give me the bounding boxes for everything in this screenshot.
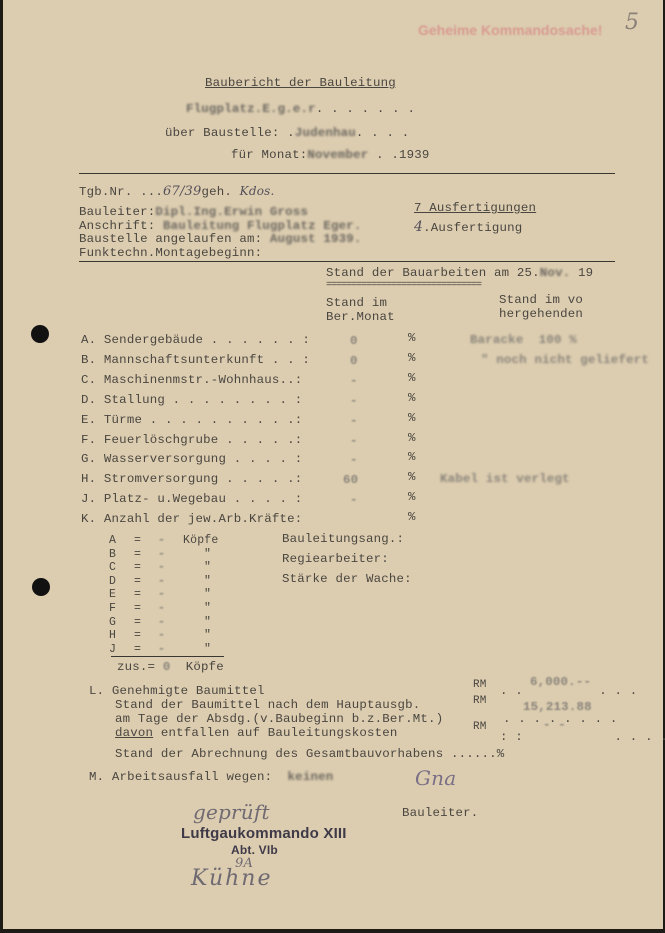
budget-approved-label: L. Genehmigte Baumittel: [89, 684, 265, 698]
project-name: Flugplatz.E.g.e.r: [186, 102, 316, 116]
status-row-label: F. Feuerlöschgrube . . . . .:: [81, 433, 302, 447]
site-line: über Baustelle: .Judenhau. . . .: [165, 126, 409, 140]
status-row-value: 60: [343, 473, 358, 487]
status-row-unit: %: [408, 510, 416, 524]
side-wache: Stärke der Wache:: [282, 572, 412, 586]
side-regiearbeiter: Regiearbeiter:: [282, 552, 389, 566]
worker-row-value: -: [158, 588, 165, 601]
divider-middle: [79, 261, 615, 262]
status-heading-month: Nov.: [540, 266, 571, 280]
budget-line-4: davon entfallen auf Bauleitungskosten: [115, 726, 398, 740]
document-title: Baubericht der Bauleitung: [205, 76, 396, 90]
worker-row-equals: =: [134, 588, 141, 601]
worker-row-equals: =: [134, 602, 141, 615]
status-row-unit: %: [408, 331, 416, 345]
worker-row-value: -: [158, 548, 165, 561]
worker-row-equals: =: [134, 629, 141, 642]
worker-row-letter: D: [109, 575, 116, 588]
worker-row-unit: ": [204, 548, 211, 561]
bauleiter-label: Bauleiter:: [79, 205, 155, 219]
tgb-hand: Kdos.: [240, 184, 275, 198]
worker-row-equals: =: [134, 561, 141, 574]
site-value: Judenhau: [295, 126, 356, 140]
workers-total: zus.= 0 Köpfe: [117, 660, 224, 674]
status-row-value: 0: [350, 334, 358, 348]
status-row-value: -: [350, 493, 358, 507]
worker-row-letter: J: [109, 643, 116, 656]
status-row-value: -: [350, 394, 358, 408]
worker-row-equals: =: [134, 534, 141, 547]
worker-row-unit: ": [204, 575, 211, 588]
stamp-abteilung: Abt. VIb: [231, 843, 278, 857]
divider-top: [79, 173, 615, 174]
status-row-label: D. Stallung . . . . . . . . :: [81, 393, 302, 407]
col-prev-2: hergehenden: [499, 307, 583, 321]
currency-3: RM: [473, 721, 487, 733]
worker-row-unit: ": [204, 616, 211, 629]
status-row-label: A. Sendergebäude . . . . . . :: [81, 333, 310, 347]
angelaufen-value: August 1939.: [270, 232, 362, 246]
status-row-label: B. Mannschaftsunterkunft . . :: [81, 353, 310, 367]
status-row-unit: %: [408, 470, 416, 484]
punch-hole-bottom: [32, 578, 50, 596]
worker-row-equals: =: [134, 575, 141, 588]
site-dots: . . . .: [356, 126, 409, 140]
tgb-value: 67/39: [163, 184, 201, 199]
worker-row-unit: ": [204, 588, 211, 601]
worker-row-unit: ": [204, 629, 211, 642]
worker-row-letter: E: [109, 588, 116, 601]
side-bauleitungsang: Bauleitungsang.:: [282, 532, 404, 546]
status-row-value: -: [350, 414, 358, 428]
copy-label: .Ausfertigung: [423, 221, 522, 235]
status-row-label: J. Platz- u.Wegebau . . . . :: [81, 492, 302, 506]
worker-row-equals: =: [134, 643, 141, 656]
approved-value: 6,000.--: [530, 675, 591, 689]
work-loss-value: keinen: [288, 770, 334, 784]
currency-2: RM: [473, 695, 487, 707]
copies-total: 7 Ausfertigungen: [414, 201, 536, 215]
workers-total-value: 0: [163, 660, 171, 674]
punch-hole-top: [31, 325, 49, 343]
status-row-label: K. Anzahl der jew.Arb.Kräfte:: [81, 512, 302, 526]
worker-row-letter: F: [109, 602, 116, 615]
status-row-label: E. Türme . . . . . . . . . .:: [81, 413, 302, 427]
stamp-luftgaukommando: Luftgaukommando XIII: [181, 825, 347, 842]
status-row-note: " noch nicht geliefert: [481, 353, 649, 367]
angelaufen-line: Baustelle angelaufen am: August 1939.: [79, 232, 362, 246]
copy-number-line: 4.Ausfertigung: [414, 219, 522, 235]
status-row-unit: %: [408, 490, 416, 504]
angelaufen-label: Baustelle angelaufen am:: [79, 232, 262, 246]
worker-row-value: -: [158, 602, 165, 615]
worker-row-unit: Köpfe: [183, 534, 219, 547]
worker-row-letter: C: [109, 561, 116, 574]
page-number-mark: 5: [625, 10, 639, 35]
checked-handwriting: geprüft: [193, 800, 270, 824]
anschrift-label: Anschrift:: [79, 219, 155, 233]
workers-total-rule: [111, 656, 224, 657]
tgb-label: Tgb.Nr. ...: [79, 185, 163, 199]
worker-row-unit: ": [204, 643, 211, 656]
budget-line-2: Stand der Baumittel nach dem Hauptausgb.: [115, 698, 420, 712]
worker-row-value: -: [158, 629, 165, 642]
status-row-label: C. Maschinenmstr.-Wohnhaus..:: [81, 373, 302, 387]
project-dots: . . . . . . .: [316, 102, 415, 116]
currency-1: RM: [473, 679, 487, 691]
status-row-label: G. Wasserversorgung . . . . :: [81, 452, 302, 466]
budget-line-3: am Tage der Absdg.(v.Baubeginn b.z.Ber.M…: [115, 712, 443, 726]
col-current-2: Ber.Monat: [326, 310, 395, 324]
status-divider: ===============================: [326, 280, 481, 291]
bauleiter-signature: Gna: [415, 766, 456, 790]
col-prev-1: Stand im vo: [499, 293, 583, 307]
classification-stamp: Geheime Kommandosache!: [418, 22, 602, 38]
status-row-unit: %: [408, 431, 416, 445]
project-line: Flugplatz.E.g.e.r. . . . . . .: [186, 102, 415, 116]
month-label: für Monat:: [231, 148, 307, 162]
worker-row-equals: =: [134, 548, 141, 561]
worker-row-letter: G: [109, 616, 116, 629]
copy-number: 4: [414, 219, 423, 235]
month-line: für Monat:November . .1939: [231, 148, 430, 162]
settlement-line: Stand der Abrechnung des Gesamtbauvorhab…: [115, 747, 504, 761]
worker-row-value: -: [158, 561, 165, 574]
worker-row-value: -: [158, 534, 165, 547]
signer-role: Bauleiter.: [402, 806, 478, 820]
tgb-line: Tgb.Nr. ...67/39geh. Kdos.: [79, 184, 275, 199]
worker-row-value: -: [158, 643, 165, 656]
worker-row-letter: H: [109, 629, 116, 642]
bauleiter-line: Bauleiter:Dipl.Ing.Erwin Gross: [79, 205, 308, 219]
stamp-hand-2: Kühne: [191, 866, 272, 891]
status-row-value: -: [350, 374, 358, 388]
worker-row-equals: =: [134, 616, 141, 629]
document-page: Geheime Kommandosache! 5 Baubericht der …: [3, 0, 663, 929]
anschrift-line: Anschrift: Bauleitung Flugplatz Eger.: [79, 219, 362, 233]
montage-label: Funktechn.Montagebeginn:: [79, 246, 262, 260]
status-row-unit: %: [408, 371, 416, 385]
status-row-unit: %: [408, 411, 416, 425]
month-value: November: [307, 148, 368, 162]
status-row-unit: %: [408, 351, 416, 365]
tgb-suffix: geh.: [201, 185, 232, 199]
anschrift-value: Bauleitung Flugplatz Eger.: [163, 219, 362, 233]
status-row-value: -: [350, 453, 358, 467]
worker-row-letter: A: [109, 534, 116, 547]
worker-row-value: -: [158, 616, 165, 629]
status-row-value: -: [350, 434, 358, 448]
status-row-note: Kabel ist verlegt: [440, 472, 570, 486]
status-row-unit: %: [408, 391, 416, 405]
month-year: . .1939: [368, 148, 429, 162]
worker-row-letter: B: [109, 548, 116, 561]
status-heading: Stand der Bauarbeiten am 25.Nov. 19: [326, 266, 593, 280]
worker-row-unit: ": [204, 602, 211, 615]
status-row-label: H. Stromversorgung . . . . .:: [81, 472, 302, 486]
worker-row-value: -: [158, 575, 165, 588]
status-row-value: 0: [350, 354, 358, 368]
site-label: über Baustelle: .: [165, 126, 295, 140]
status-row-note: Baracke 100 %: [470, 333, 577, 347]
status-row-unit: %: [408, 450, 416, 464]
bauleiter-value: Dipl.Ing.Erwin Gross: [155, 205, 308, 219]
admin-dots: : : . . . .: [500, 730, 665, 744]
worker-row-unit: ": [204, 561, 211, 574]
work-loss-line: M. Arbeitsausfall wegen: keinen: [89, 770, 333, 784]
col-current-1: Stand im: [326, 296, 387, 310]
